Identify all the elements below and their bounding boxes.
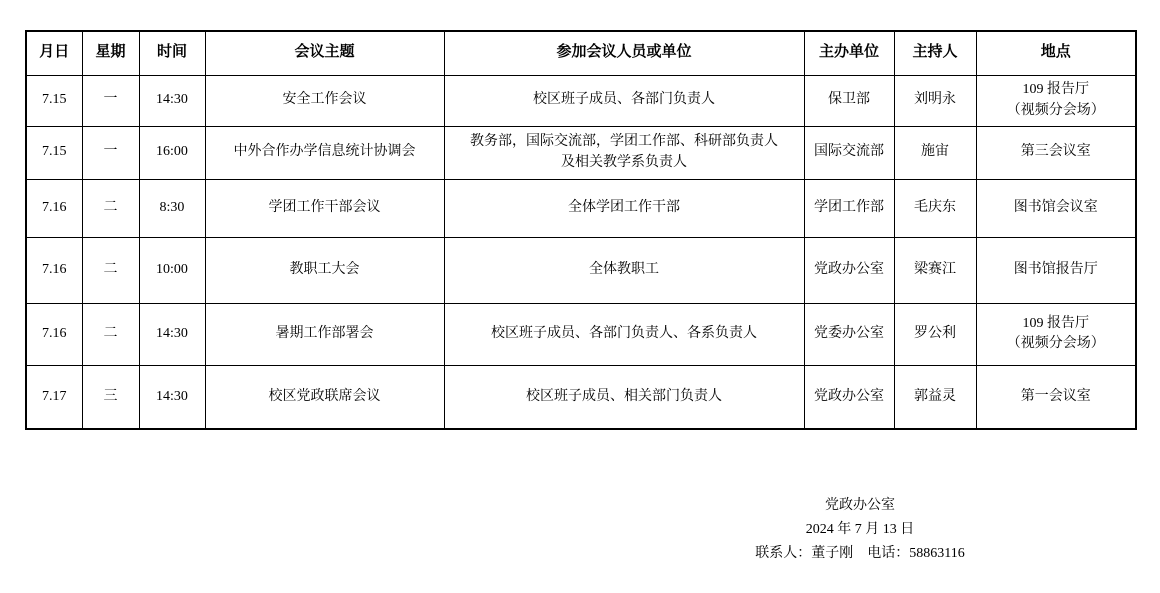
col-header-location: 地点 (976, 31, 1136, 75)
cell-weekday: 二 (82, 303, 139, 365)
cell-location: 109 报告厅 （视频分会场） (976, 303, 1136, 365)
cell-organizer: 保卫部 (804, 75, 894, 126)
col-header-time: 时间 (139, 31, 205, 75)
cell-topic: 中外合作办学信息统计协调会 (205, 126, 444, 179)
meeting-schedule-table: 月日 星期 时间 会议主题 参加会议人员或单位 主办单位 主持人 地点 7.15… (25, 30, 1137, 430)
cell-attendees: 校区班子成员、各部门负责人、各系负责人 (444, 303, 804, 365)
cell-organizer: 党政办公室 (804, 365, 894, 429)
cell-host: 郭益灵 (894, 365, 976, 429)
cell-topic: 校区党政联席会议 (205, 365, 444, 429)
table-row: 7.15一16:00中外合作办学信息统计协调会教务部，国际交流部，学团工作部、科… (26, 126, 1136, 179)
cell-location: 图书馆报告厅 (976, 237, 1136, 303)
cell-weekday: 二 (82, 237, 139, 303)
table-row: 7.15一14:30安全工作会议校区班子成员、各部门负责人保卫部刘明永109 报… (26, 75, 1136, 126)
cell-time: 14:30 (139, 303, 205, 365)
table-row: 7.16二8:30学团工作干部会议全体学团工作干部学团工作部毛庆东图书馆会议室 (26, 179, 1136, 237)
cell-time: 8:30 (139, 179, 205, 237)
signature-office: 党政办公室 (650, 494, 1070, 518)
cell-attendees: 校区班子成员、相关部门负责人 (444, 365, 804, 429)
cell-attendees: 全体教职工 (444, 237, 804, 303)
table-row: 7.16二10:00教职工大会全体教职工党政办公室梁赛江图书馆报告厅 (26, 237, 1136, 303)
cell-organizer: 党委办公室 (804, 303, 894, 365)
col-header-attendees: 参加会议人员或单位 (444, 31, 804, 75)
cell-organizer: 党政办公室 (804, 237, 894, 303)
cell-time: 16:00 (139, 126, 205, 179)
cell-weekday: 三 (82, 365, 139, 429)
cell-topic: 教职工大会 (205, 237, 444, 303)
table-row: 7.16二14:30暑期工作部署会校区班子成员、各部门负责人、各系负责人党委办公… (26, 303, 1136, 365)
cell-location: 第一会议室 (976, 365, 1136, 429)
table-row: 7.17三14:30校区党政联席会议校区班子成员、相关部门负责人党政办公室郭益灵… (26, 365, 1136, 429)
col-header-topic: 会议主题 (205, 31, 444, 75)
cell-date: 7.16 (26, 303, 82, 365)
document-page: 月日 星期 时间 会议主题 参加会议人员或单位 主办单位 主持人 地点 7.15… (0, 0, 1160, 593)
cell-weekday: 一 (82, 126, 139, 179)
cell-host: 施宙 (894, 126, 976, 179)
cell-date: 7.16 (26, 237, 82, 303)
header-row: 月日 星期 时间 会议主题 参加会议人员或单位 主办单位 主持人 地点 (26, 31, 1136, 75)
cell-topic: 安全工作会议 (205, 75, 444, 126)
signature-date: 2024 年 7 月 13 日 (650, 518, 1070, 542)
contact-line: 联系人：董子刚 电话：58863116 (650, 542, 1070, 566)
cell-attendees: 校区班子成员、各部门负责人 (444, 75, 804, 126)
cell-weekday: 二 (82, 179, 139, 237)
cell-time: 14:30 (139, 75, 205, 126)
cell-location: 109 报告厅 （视频分会场） (976, 75, 1136, 126)
cell-host: 刘明永 (894, 75, 976, 126)
cell-location: 图书馆会议室 (976, 179, 1136, 237)
cell-host: 罗公利 (894, 303, 976, 365)
col-header-organizer: 主办单位 (804, 31, 894, 75)
cell-weekday: 一 (82, 75, 139, 126)
cell-organizer: 学团工作部 (804, 179, 894, 237)
cell-location: 第三会议室 (976, 126, 1136, 179)
cell-date: 7.15 (26, 75, 82, 126)
cell-attendees: 全体学团工作干部 (444, 179, 804, 237)
cell-date: 7.16 (26, 179, 82, 237)
cell-organizer: 国际交流部 (804, 126, 894, 179)
cell-time: 10:00 (139, 237, 205, 303)
cell-date: 7.15 (26, 126, 82, 179)
col-header-weekday: 星期 (82, 31, 139, 75)
col-header-host: 主持人 (894, 31, 976, 75)
signature-block: 党政办公室 2024 年 7 月 13 日 联系人：董子刚 电话：5886311… (650, 494, 1070, 566)
cell-topic: 学团工作干部会议 (205, 179, 444, 237)
cell-host: 毛庆东 (894, 179, 976, 237)
cell-topic: 暑期工作部署会 (205, 303, 444, 365)
cell-time: 14:30 (139, 365, 205, 429)
cell-attendees: 教务部，国际交流部，学团工作部、科研部负责人 及相关教学系负责人 (444, 126, 804, 179)
col-header-date: 月日 (26, 31, 82, 75)
cell-host: 梁赛江 (894, 237, 976, 303)
cell-date: 7.17 (26, 365, 82, 429)
